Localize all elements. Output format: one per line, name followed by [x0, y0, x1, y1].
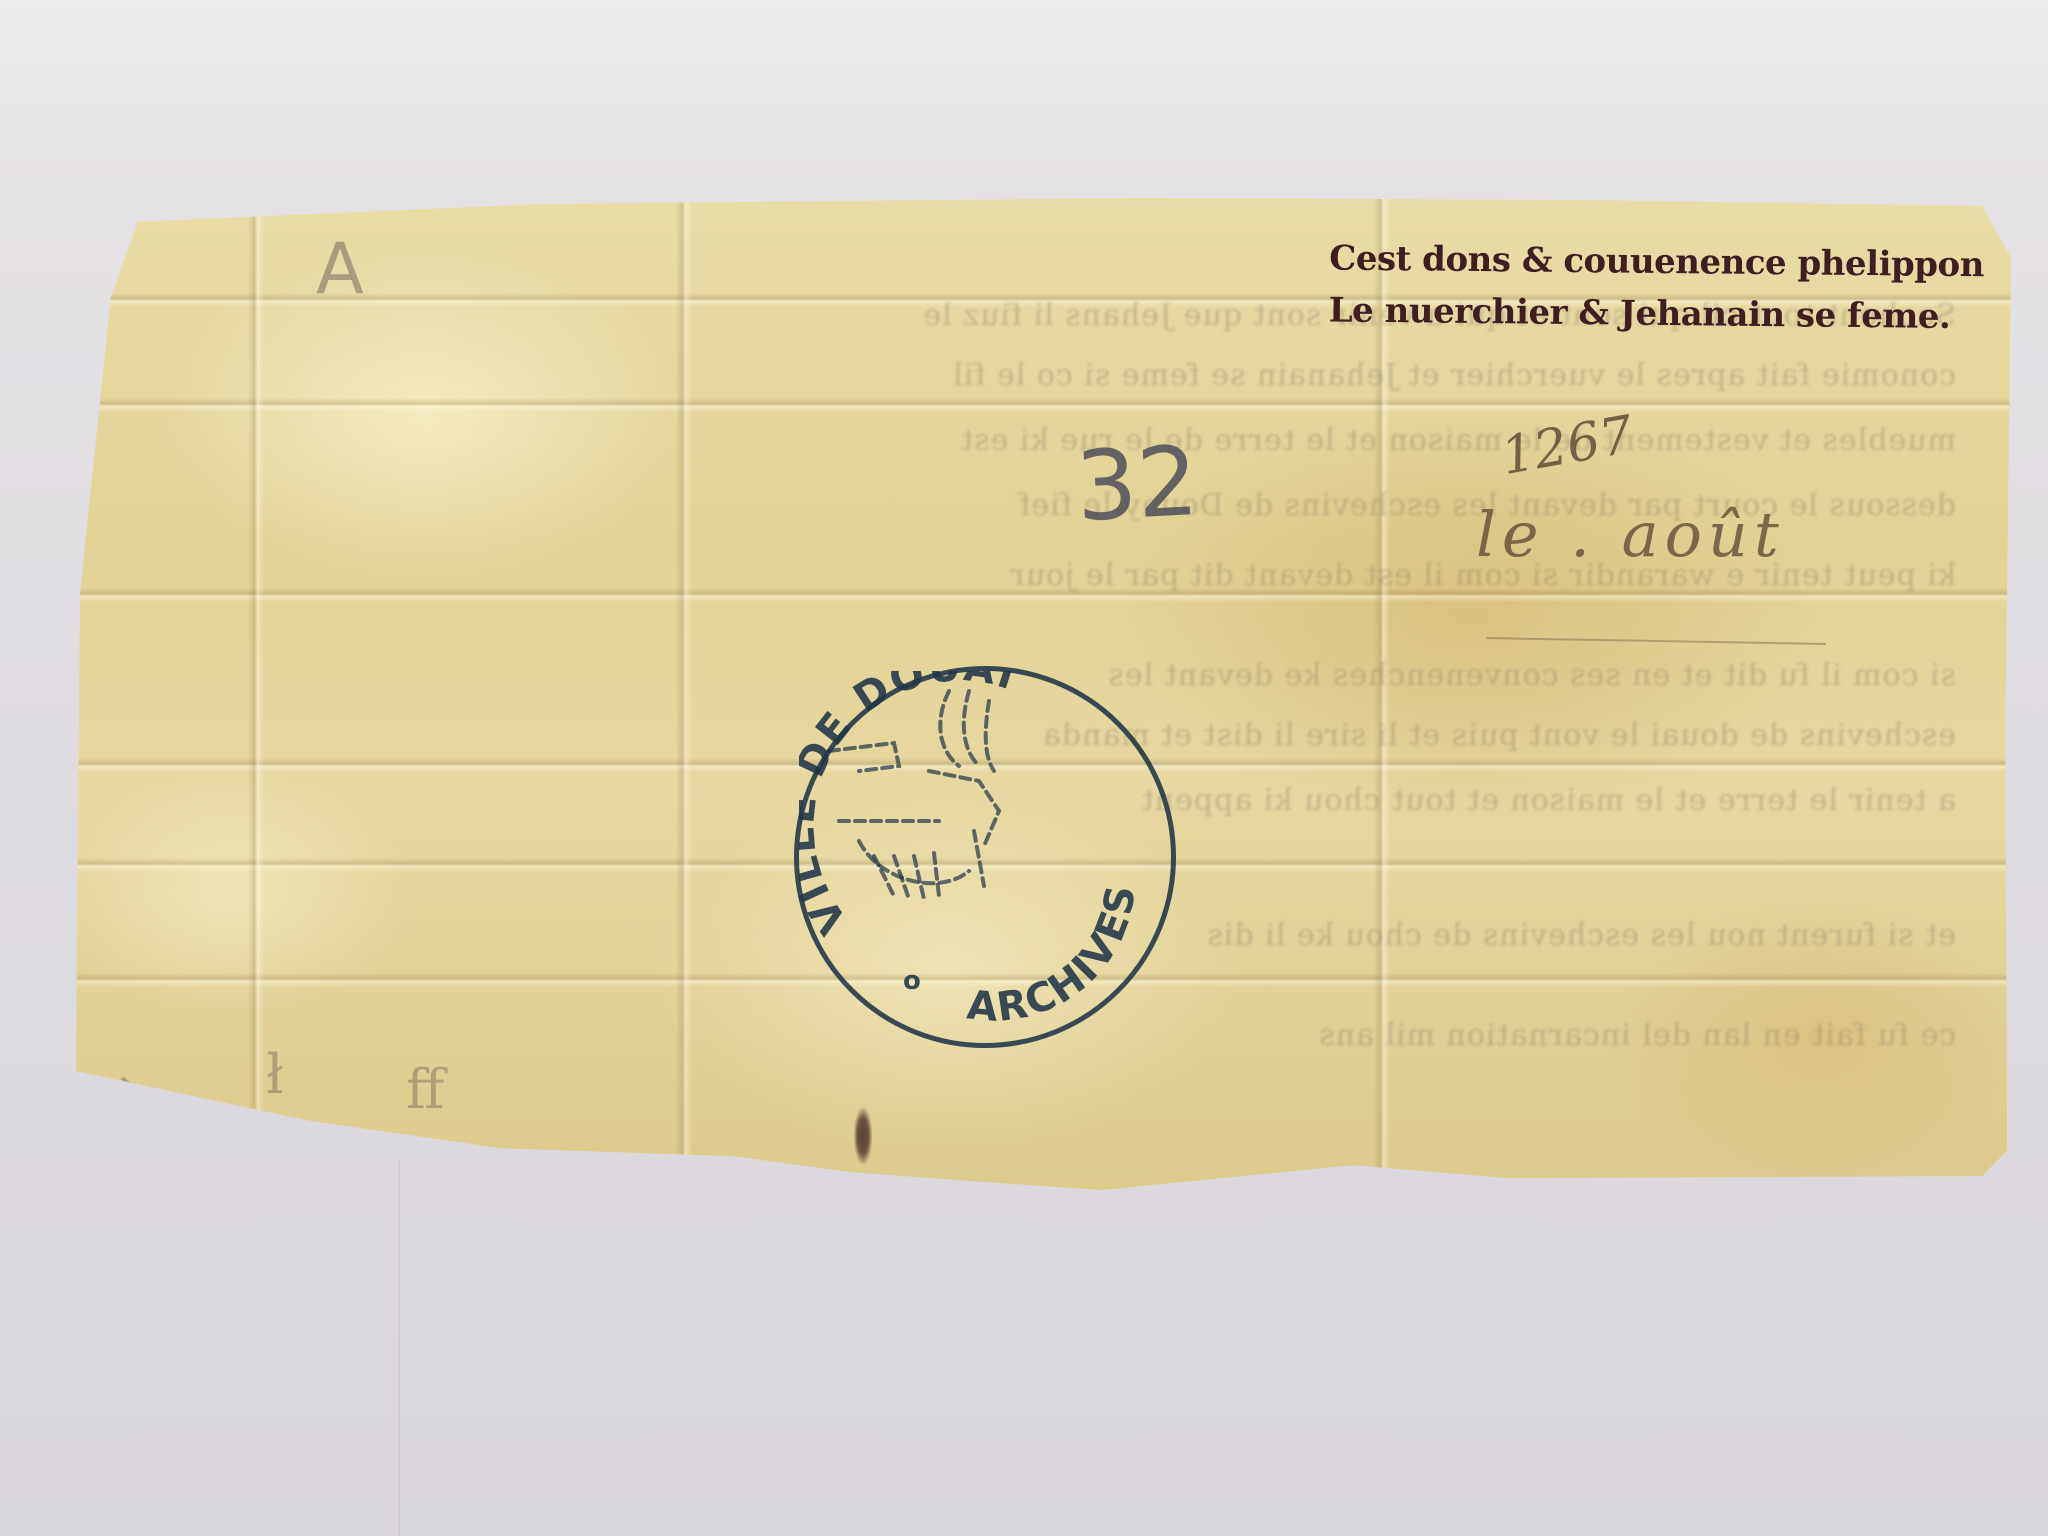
endorsement-line: Cest dons & couuenence phelippon [1329, 232, 2010, 291]
archive-number: 32 [1073, 425, 1201, 543]
faint-mark: ł [266, 1043, 284, 1106]
endorsement-inscription: Cest dons & couuenence phelippon Le nuer… [1328, 232, 2009, 343]
eagle-emblem-icon [799, 671, 1029, 911]
date-year-annotation: 1267 [1497, 405, 1638, 487]
faint-mark: ꝺ [116, 1058, 148, 1132]
date-day-annotation: le . août [1476, 498, 1785, 571]
backdrop [0, 0, 2048, 200]
corner-letter-mark: A [316, 228, 364, 310]
endorsement-line: Le nuerchier & Jehanain se feme. [1328, 284, 2009, 343]
ink-stain [854, 1108, 872, 1164]
stamp-separator: o [903, 966, 923, 996]
fold-crease [76, 398, 2011, 412]
archive-stamp: VILLE DE DOUAI ARCHIVES o [794, 666, 1176, 1048]
bleed-through-text: conomie fait apres le vuerchier et Jehan… [136, 358, 1956, 393]
date-underline [1486, 637, 1826, 645]
faint-mark: ff [406, 1058, 444, 1121]
parchment-document: Sachent tout cil qui sont et qui a venir… [76, 198, 2011, 1190]
backdrop-paper-seam [398, 1160, 400, 1536]
bleed-through-text: muebles et vestement de le maison et le … [136, 423, 1956, 458]
